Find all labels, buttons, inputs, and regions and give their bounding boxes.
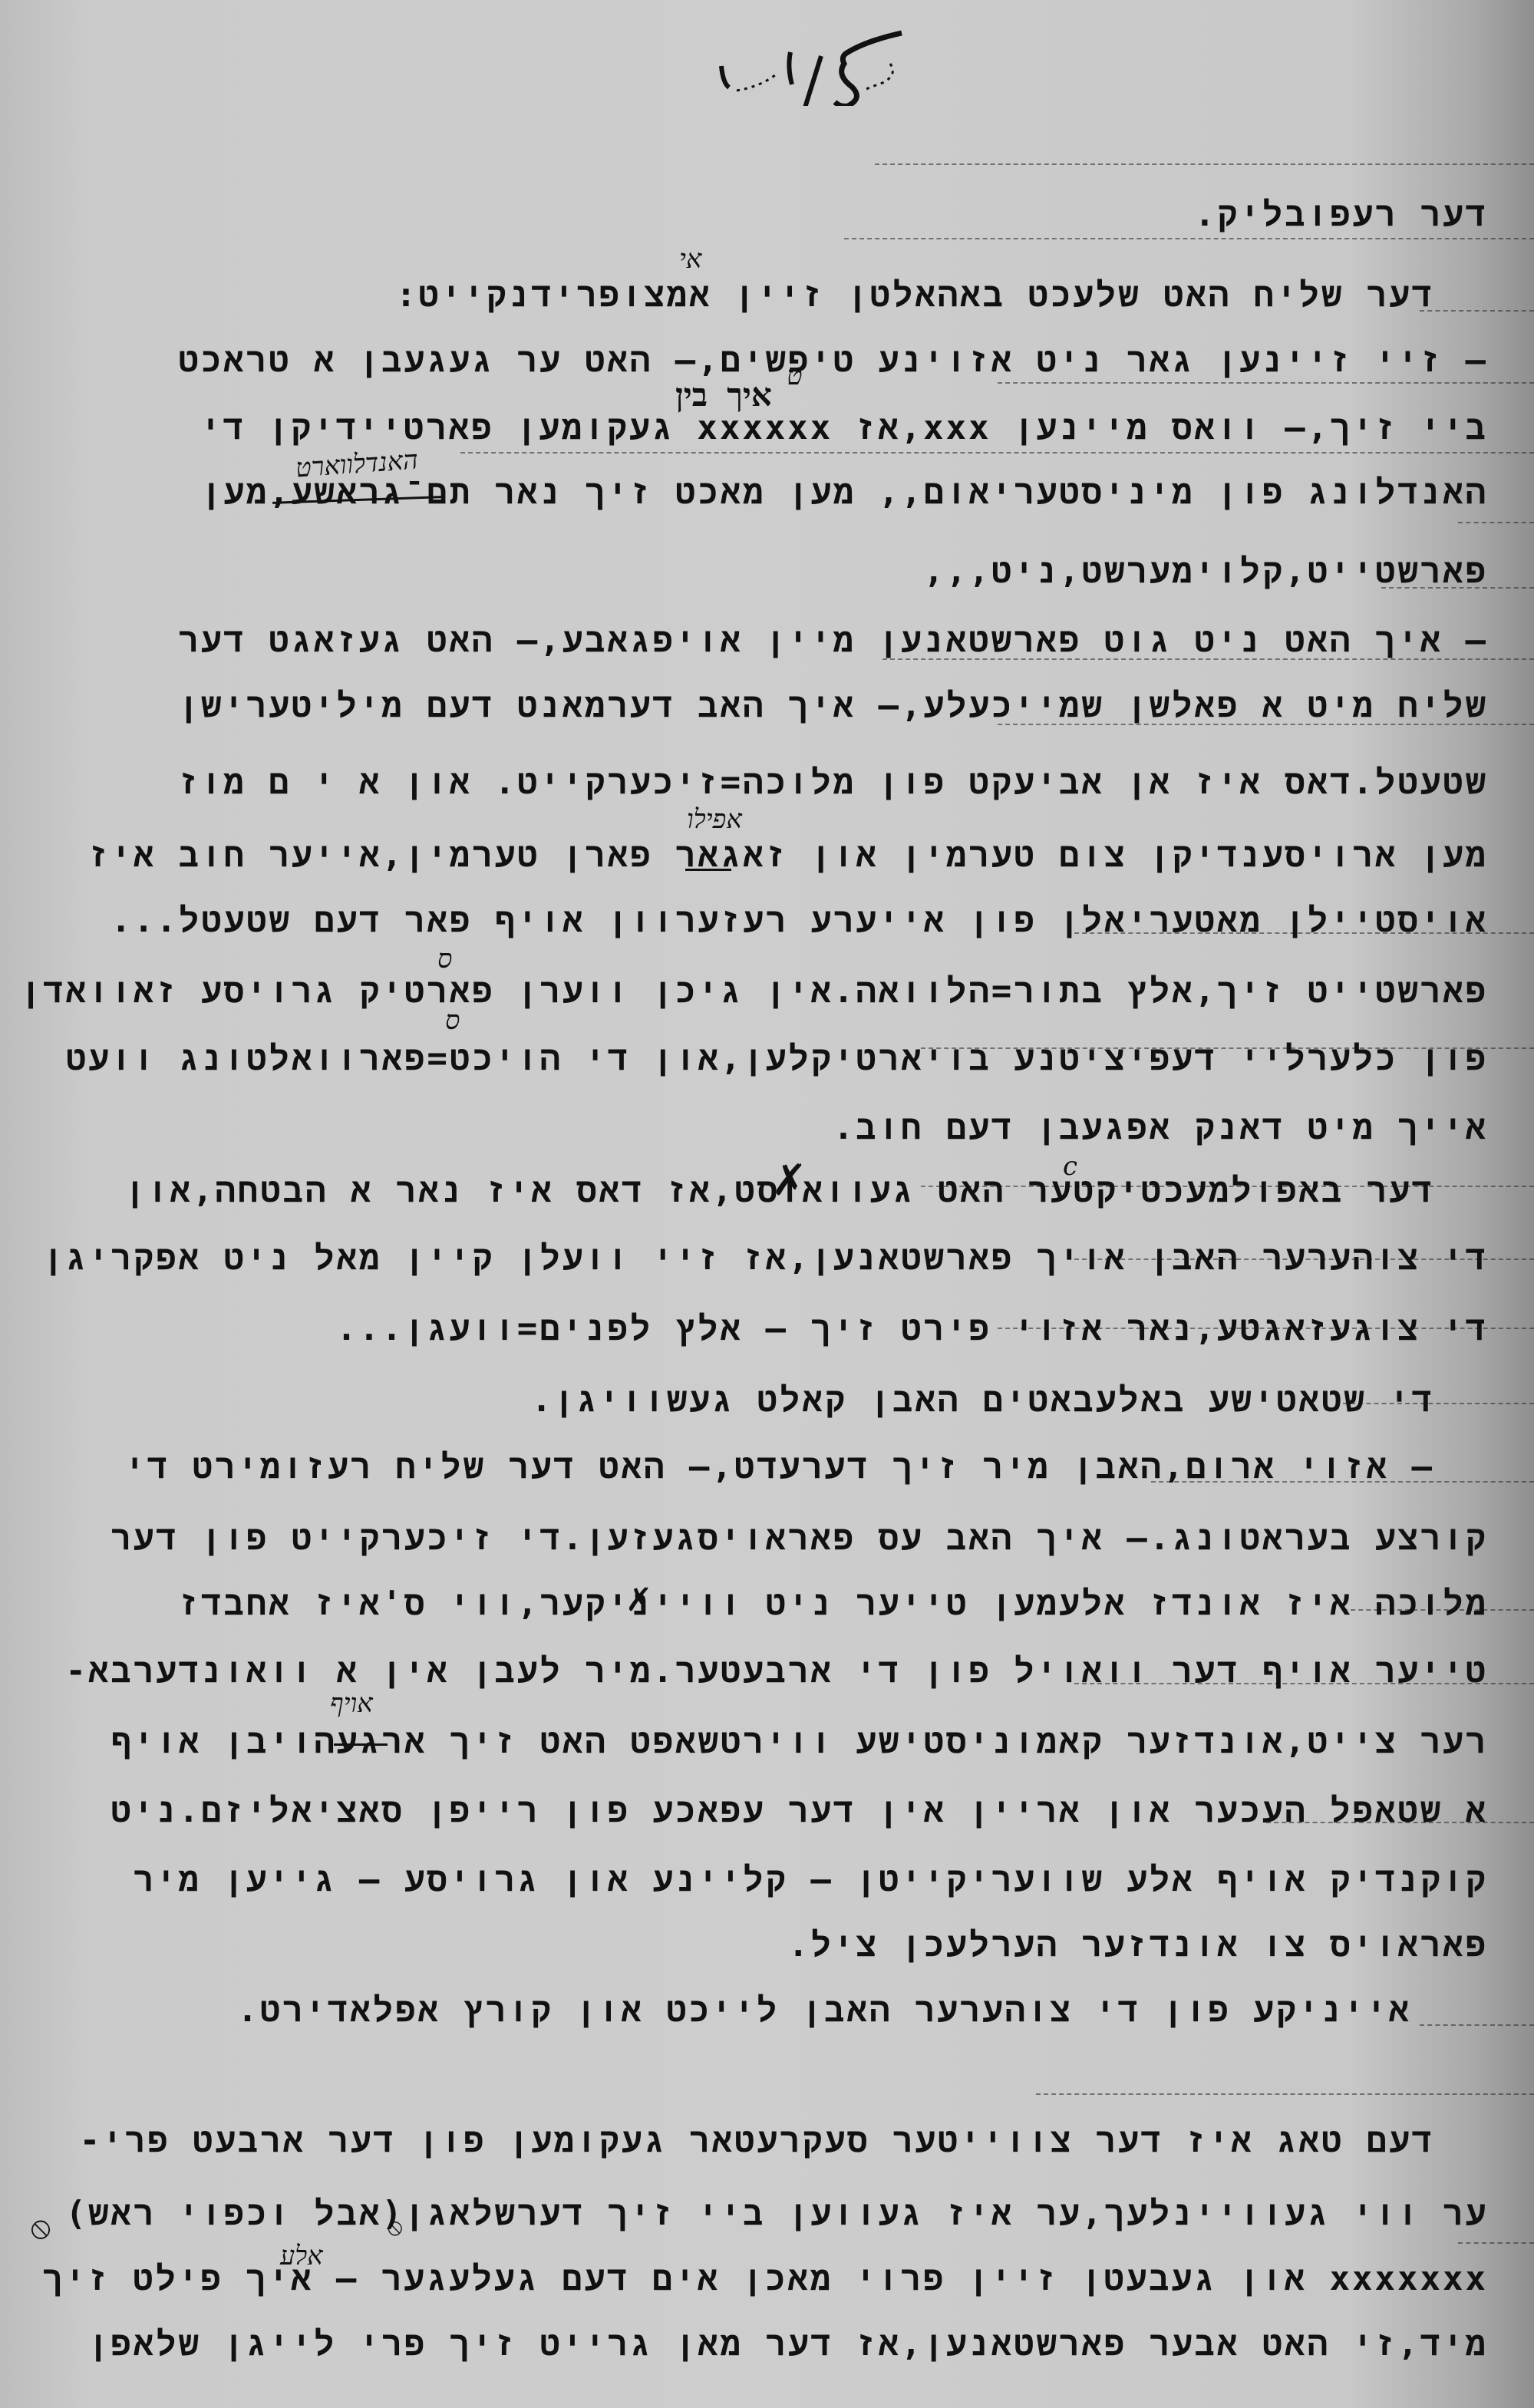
ruled-line <box>1420 310 1534 312</box>
text-line: אייך מיט דאנק אפגעבן דעם חוב. <box>833 1105 1488 1151</box>
text-line: מען ארויסענדיקן צום טערמין און זאגאר פאר… <box>88 833 1488 879</box>
text-line: מיד,זי האט אבער פארשטאנען,אז דער מאן גרי… <box>88 2321 1488 2367</box>
handwritten-annotation: ס <box>437 944 452 975</box>
text-line: פארשטייט זיך,אלץ בתור=הלוואה.אין גיכן וו… <box>21 968 1488 1014</box>
ruled-line <box>875 163 1534 165</box>
text-line: די צוהערער האבן אויך פארשטאנען,אז זיי וו… <box>43 1235 1488 1282</box>
text-line: – אזוי ארום,האבן מיר זיך דערעדט,– האט דע… <box>124 1444 1434 1490</box>
text-line: xxxxxxx און געבעטן זיין פרוי מאכן אים דע… <box>42 2256 1488 2302</box>
text-line: שטעטל.דאס איז אן אביעקט פון מלוכה=זיכערק… <box>178 760 1488 806</box>
ruled-line <box>1420 2024 1534 2026</box>
handwritten-page-number <box>706 21 906 106</box>
ruled-line <box>1036 2093 1534 2095</box>
handwritten-annotation: c <box>1063 1151 1077 1182</box>
text-line: דעם טאג איז דער צווייטער סעקרעטאר געקומע… <box>80 2118 1434 2164</box>
handwritten-annotation: ס <box>445 1005 460 1036</box>
handwritten-annotation: אי <box>679 244 701 275</box>
text-line: די צוגעזאגטע,נאר אזוי פירט זיך – אלץ לפנ… <box>336 1306 1488 1352</box>
text-line: א שטאפל העכער און אריין אין דער עפאכע פו… <box>111 1788 1488 1834</box>
cross-out-icon: ✗ <box>625 1581 652 1618</box>
text-line: דער שליח האט שלעכט באהאלטן זיין אמצופריד… <box>396 272 1434 318</box>
text-line: אייניקע פון די צוהערער האבן לייכט און קו… <box>237 1987 1411 2034</box>
handwritten-annotation: אפילו <box>687 804 742 835</box>
ruled-line <box>844 238 1534 239</box>
handwritten-annotation: איך בין <box>675 376 772 414</box>
ruled-line <box>1458 2242 1534 2244</box>
document-title: דער רעפובליק. <box>1195 192 1488 238</box>
text-line: קורצע בעראטונג.– איך האב עס פאראויסגעזען… <box>111 1516 1488 1562</box>
margin-circle-mark-icon: ⦸ <box>388 2214 403 2241</box>
text-line: רער צייט,אונדזער קאמוניסטישע ווירטשאפט ה… <box>111 1719 1488 1765</box>
strikethrough-mark <box>685 869 731 871</box>
handwritten-annotation: ט <box>787 361 803 391</box>
cross-out-icon: ✗ <box>771 1156 807 1206</box>
handwritten-annotation: אלע <box>280 2241 323 2271</box>
text-line: – איך האט ניט גוט פארשטאנען מיין אויפגאב… <box>178 618 1488 664</box>
text-line: – זיי זיינען גאר ניט אזוינע טיפשים,– האט… <box>178 338 1488 384</box>
text-line: ביי זיך,– וואס מיינען xxx,אז xxxxxx געקו… <box>200 405 1488 451</box>
strikethrough-mark <box>334 1743 388 1746</box>
scanned-document-page: דער רעפובליק. דער שליח האט שלעכט באהאלטן… <box>0 0 1534 2408</box>
ruled-line <box>460 452 1534 454</box>
text-line: מלוכה איז אונדז אלעמען טייער ניט ווייניק… <box>179 1581 1488 1627</box>
handwritten-annotation: אויף <box>330 1688 373 1719</box>
text-line: טייער אויף דער וואויל פון די ארבעטער.מיר… <box>65 1648 1488 1694</box>
text-line: ער ווי געוויינלעך,ער איז געווען ביי זיך … <box>65 2191 1488 2237</box>
ruled-line <box>1458 522 1534 523</box>
text-line: קוקנדיק אויף אלע שוועריקייטן – קליינע או… <box>134 1857 1488 1903</box>
text-line: די שטאטישע באלעבאטים האבן קאלט געשוויגן. <box>531 1377 1434 1423</box>
page-number-glyph-icon <box>706 21 906 106</box>
margin-circle-mark-icon: ⦸ <box>31 2210 51 2245</box>
text-line: פאראויס צו אונדזער הערלעכן ציל. <box>788 1922 1488 1968</box>
text-line: פון כלערליי דעפיציטנע בויארטיקלען,און די… <box>66 1036 1488 1082</box>
text-line: אויסטיילן מאטעריאלן פון אייערע רעזערוון … <box>111 898 1488 944</box>
text-line: שליח מיט א פאלשן שמייכעלע,– איך האב דערמ… <box>179 683 1488 729</box>
text-line: פארשטייט,קלוימערשט,ניט,,, <box>923 549 1488 595</box>
